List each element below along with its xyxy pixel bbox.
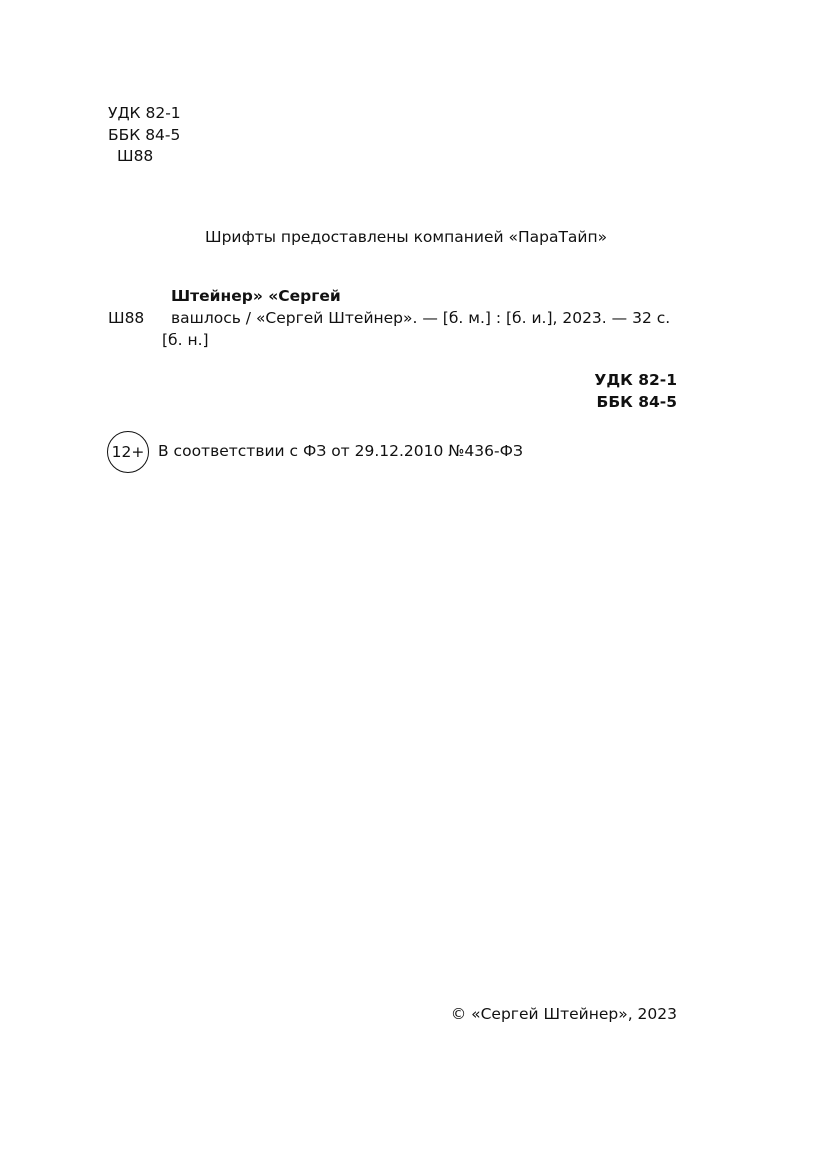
bibliographic-description: вашлось / «Сергей Штейнер». — [б. м.] : … [171, 308, 670, 329]
age-rating-label: 12+ [112, 442, 145, 463]
udk-code: УДК 82-1 [108, 103, 181, 125]
classification-block-top: УДК 82-1 ББК 84-5 Ш88 [108, 103, 181, 168]
fonts-note: Шрифты предоставлены компанией «ПараТайп… [205, 227, 607, 248]
age-rating-notice: В соответствии с ФЗ от 29.12.2010 №436-Ф… [158, 441, 523, 462]
classification-block-right: УДК 82-1 ББК 84-5 [594, 370, 677, 414]
author-mark: Ш88 [108, 146, 181, 168]
copyright-notice: © «Сергей Штейнер», 2023 [451, 1004, 677, 1025]
udk-code-right: УДК 82-1 [594, 370, 677, 392]
bibliographic-description-continued: [б. н.] [162, 330, 209, 351]
bbk-code: ББК 84-5 [108, 125, 181, 147]
author-heading: Штейнер» «Сергей [171, 286, 341, 307]
bbk-code-right: ББК 84-5 [594, 392, 677, 414]
author-cipher: Ш88 [108, 308, 144, 329]
age-rating-badge: 12+ [107, 431, 149, 473]
